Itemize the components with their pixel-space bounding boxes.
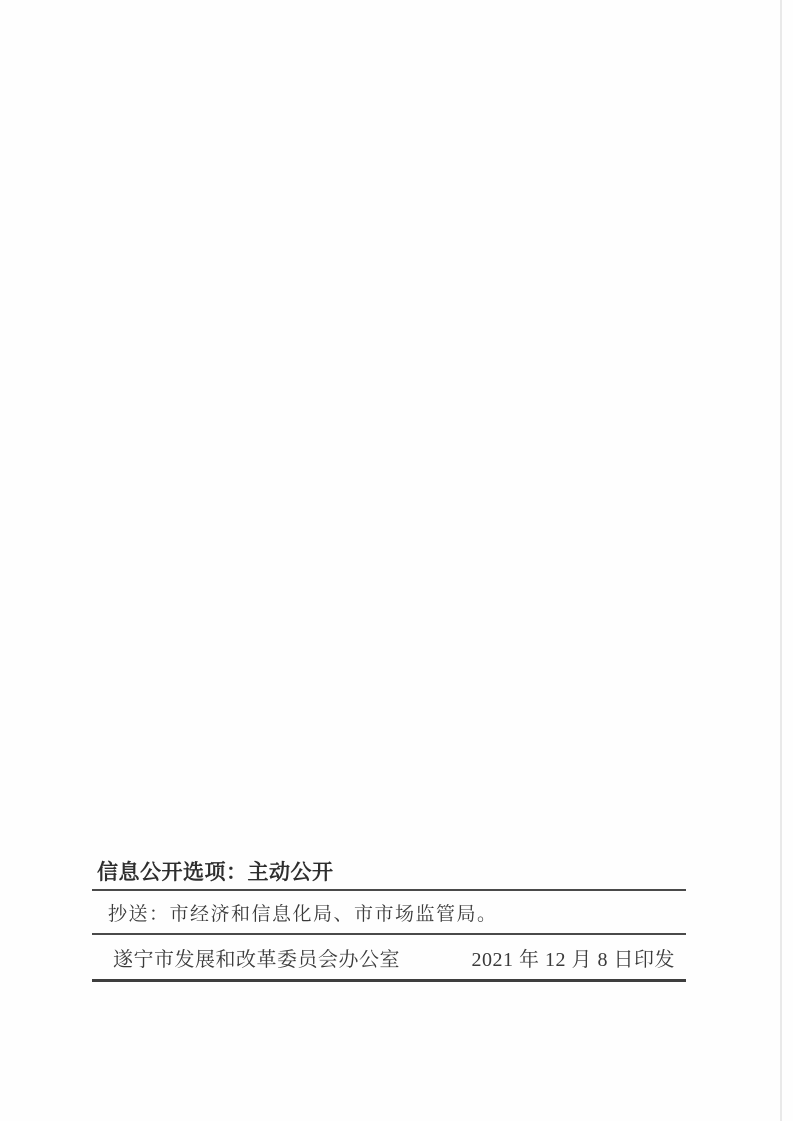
- issuing-office: 遂宁市发展和改革委员会办公室: [113, 947, 400, 973]
- print-date: 2021 年 12 月 8 日印发: [472, 947, 676, 973]
- document-page: 信息公开选项：主动公开 抄送：市经济和信息化局、市市场监管局。 遂宁市发展和改革…: [0, 0, 793, 1121]
- cc-line: 抄送：市经济和信息化局、市市场监管局。: [92, 891, 686, 935]
- colophon-block: 信息公开选项：主动公开 抄送：市经济和信息化局、市市场监管局。 遂宁市发展和改革…: [92, 861, 686, 982]
- disclosure-option-line: 信息公开选项：主动公开: [92, 861, 686, 891]
- issuer-row: 遂宁市发展和改革委员会办公室 2021 年 12 月 8 日印发: [92, 935, 686, 982]
- scan-edge-line: [780, 0, 782, 1121]
